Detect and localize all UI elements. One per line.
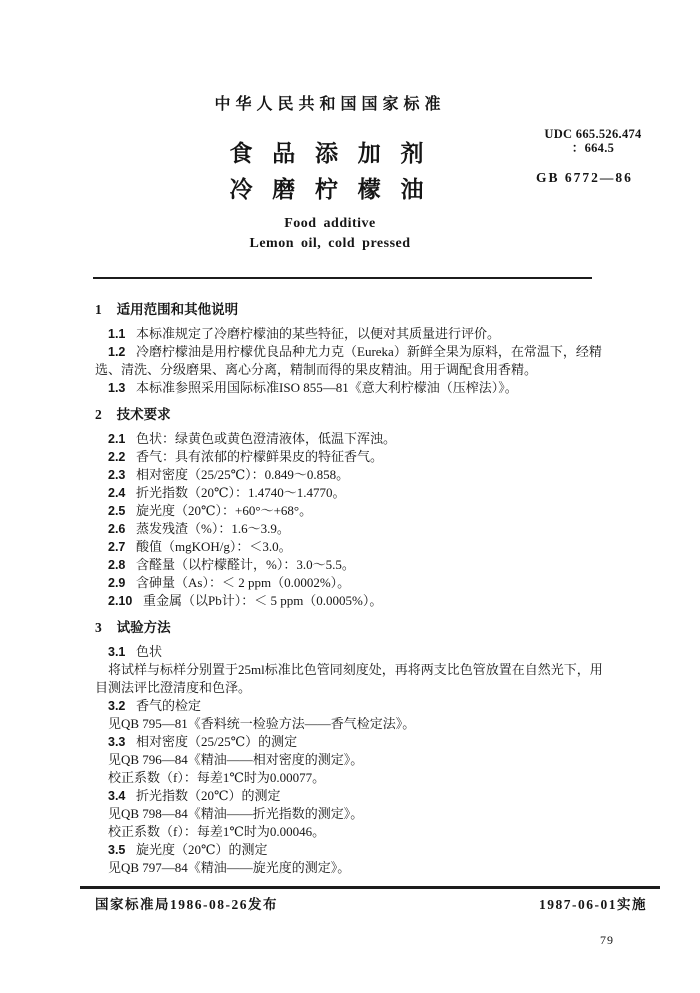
- clause: 2.10重金属（以Pb计）：＜ 5 ppm（0.0005%）。: [95, 592, 612, 610]
- clause: 2.8含醛量（以柠檬醛计，%）：3.0～5.5。: [95, 556, 612, 574]
- udc-block: UDC 665.526.474 ：664.5 GB 6772—86: [536, 127, 650, 185]
- standard-number: GB 6772—86: [536, 170, 650, 186]
- clause-text: 酸值（mgKOH/g）：＜3.0。: [136, 539, 292, 554]
- clause-number: 3.5: [108, 843, 125, 857]
- clause-text: 本标准规定了冷磨柠檬油的某些特征，以便对其质量进行评价。: [136, 326, 500, 341]
- section-heading: 2技术要求: [95, 406, 612, 424]
- clause-text: 折光指数（20℃）：1.4740～1.4770。: [136, 485, 346, 500]
- title-chinese-line-1: 食 品 添 加 剂: [95, 142, 565, 165]
- clause-number: 2.8: [108, 558, 125, 572]
- clause: 2.2香气：具有浓郁的柠檬鲜果皮的特征香气。: [95, 448, 612, 466]
- section-number: 3: [95, 620, 102, 635]
- udc-number-line-1: UDC 665.526.474: [536, 127, 650, 141]
- title-chinese-line-2: 冷 磨 柠 檬 油: [95, 178, 565, 201]
- clause: 3.5旋光度（20℃）的测定: [95, 841, 612, 859]
- page-number: 79: [600, 933, 614, 948]
- clause-text: 冷磨柠檬油是用柠檬优良品种尤力克（Eureka）新鲜全果为原料，在常温下，经精选…: [95, 344, 602, 377]
- clause-number: 2.3: [108, 468, 125, 482]
- clause-text: 色状: [136, 644, 162, 659]
- title-english-line-1: Food additive: [95, 217, 565, 231]
- document-page: 中华人民共和国国家标准 食 品 添 加 剂 冷 磨 柠 檬 油 Food add…: [0, 0, 700, 993]
- clause-number: 1.1: [108, 327, 125, 341]
- clause: 1.1本标准规定了冷磨柠檬油的某些特征，以便对其质量进行评价。: [95, 325, 612, 343]
- clause-text: 香气的检定: [136, 698, 201, 713]
- document-body: 1适用范围和其他说明1.1本标准规定了冷磨柠檬油的某些特征，以便对其质量进行评价…: [95, 292, 612, 877]
- clause-paragraph: 见QB 797—84《精油——旋光度的测定》。: [95, 859, 612, 877]
- clause-number: 2.10: [108, 594, 132, 608]
- clause-number: 2.1: [108, 432, 125, 446]
- clause-text: 折光指数（20℃）的测定: [136, 788, 281, 803]
- clause: 2.9含砷量（As）：＜ 2 ppm（0.0002%）。: [95, 574, 612, 592]
- clause-number: 1.2: [108, 345, 125, 359]
- clause-number: 2.5: [108, 504, 125, 518]
- standard-authority-label: 中华人民共和国国家标准: [95, 0, 565, 113]
- clause: 2.5旋光度（20℃）：+60°～+68°。: [95, 502, 612, 520]
- udc-number-line-2: ：664.5: [536, 141, 650, 155]
- clause-text: 旋光度（20℃）的测定: [136, 842, 268, 857]
- clause-text: 香气：具有浓郁的柠檬鲜果皮的特征香气。: [136, 449, 383, 464]
- clause-paragraph: 校正系数（f）：每差1℃时为0.00077。: [95, 769, 612, 787]
- clause: 2.3相对密度（25/25℃）：0.849～0.858。: [95, 466, 612, 484]
- clause-number: 1.3: [108, 381, 125, 395]
- document-footer: 国家标准局1986-08-26发布 1987-06-01实施: [95, 898, 647, 912]
- clause-number: 3.2: [108, 699, 125, 713]
- clause-number: 3.4: [108, 789, 125, 803]
- clause-text: 含砷量（As）：＜ 2 ppm（0.0002%）。: [136, 575, 350, 590]
- clause-text: 蒸发残渣（%）：1.6～3.9。: [136, 521, 290, 536]
- footer-divider-rule: [80, 886, 660, 889]
- section-heading: 1适用范围和其他说明: [95, 301, 612, 319]
- clause: 2.4折光指数（20℃）：1.4740～1.4770。: [95, 484, 612, 502]
- clause-number: 3.1: [108, 645, 125, 659]
- clause: 2.6蒸发残渣（%）：1.6～3.9。: [95, 520, 612, 538]
- clause-text: 相对密度（25/25℃）的测定: [136, 734, 297, 749]
- clause-number: 3.3: [108, 735, 125, 749]
- section-title: 试验方法: [117, 620, 171, 635]
- section-number: 1: [95, 302, 102, 317]
- clause-text: 含醛量（以柠檬醛计，%）：3.0～5.5。: [136, 557, 355, 572]
- title-english-line-2: Lemon oil, cold pressed: [95, 237, 565, 251]
- document-header: 中华人民共和国国家标准 食 品 添 加 剂 冷 磨 柠 檬 油 Food add…: [95, 0, 565, 251]
- clause: 3.1色状: [95, 643, 612, 661]
- clause-number: 2.9: [108, 576, 125, 590]
- clause-number: 2.2: [108, 450, 125, 464]
- clause-text: 本标准参照采用国际标准ISO 855—81《意大利柠檬油（压榨法）》。: [136, 380, 518, 395]
- clause: 1.2冷磨柠檬油是用柠檬优良品种尤力克（Eureka）新鲜全果为原料，在常温下，…: [95, 343, 612, 379]
- clause: 1.3本标准参照采用国际标准ISO 855—81《意大利柠檬油（压榨法）》。: [95, 379, 612, 397]
- section-number: 2: [95, 407, 102, 422]
- section-title: 适用范围和其他说明: [117, 302, 239, 317]
- implementation-date-label: 1987-06-01实施: [539, 898, 647, 912]
- clause-paragraph: 见QB 795—81《香料统一检验方法——香气检定法》。: [95, 715, 612, 733]
- clause-text: 旋光度（20℃）：+60°～+68°。: [136, 503, 312, 518]
- clause-text: 重金属（以Pb计）：＜ 5 ppm（0.0005%）。: [143, 593, 382, 608]
- clause: 2.1色状：绿黄色或黄色澄清液体，低温下浑浊。: [95, 430, 612, 448]
- clause: 3.3相对密度（25/25℃）的测定: [95, 733, 612, 751]
- clause-text: 色状：绿黄色或黄色澄清液体，低温下浑浊。: [136, 431, 396, 446]
- section-heading: 3试验方法: [95, 619, 612, 637]
- clause: 2.7酸值（mgKOH/g）：＜3.0。: [95, 538, 612, 556]
- clause-paragraph: 将试样与标样分别置于25ml标准比色管同刻度处，再将两支比色管放置在自然光下，用…: [95, 661, 612, 697]
- clause-paragraph: 见QB 798—84《精油——折光指数的测定》。: [95, 805, 612, 823]
- clause: 3.2香气的检定: [95, 697, 612, 715]
- clause: 3.4折光指数（20℃）的测定: [95, 787, 612, 805]
- clause-number: 2.7: [108, 540, 125, 554]
- clause-text: 相对密度（25/25℃）：0.849～0.858。: [136, 467, 349, 482]
- clause-number: 2.4: [108, 486, 125, 500]
- clause-paragraph: 校正系数（f）：每差1℃时为0.00046。: [95, 823, 612, 841]
- header-divider-rule: [93, 277, 592, 279]
- issue-date-label: 国家标准局1986-08-26发布: [95, 898, 278, 912]
- clause-paragraph: 见QB 796—84《精油——相对密度的测定》。: [95, 751, 612, 769]
- clause-number: 2.6: [108, 522, 125, 536]
- section-title: 技术要求: [117, 407, 171, 422]
